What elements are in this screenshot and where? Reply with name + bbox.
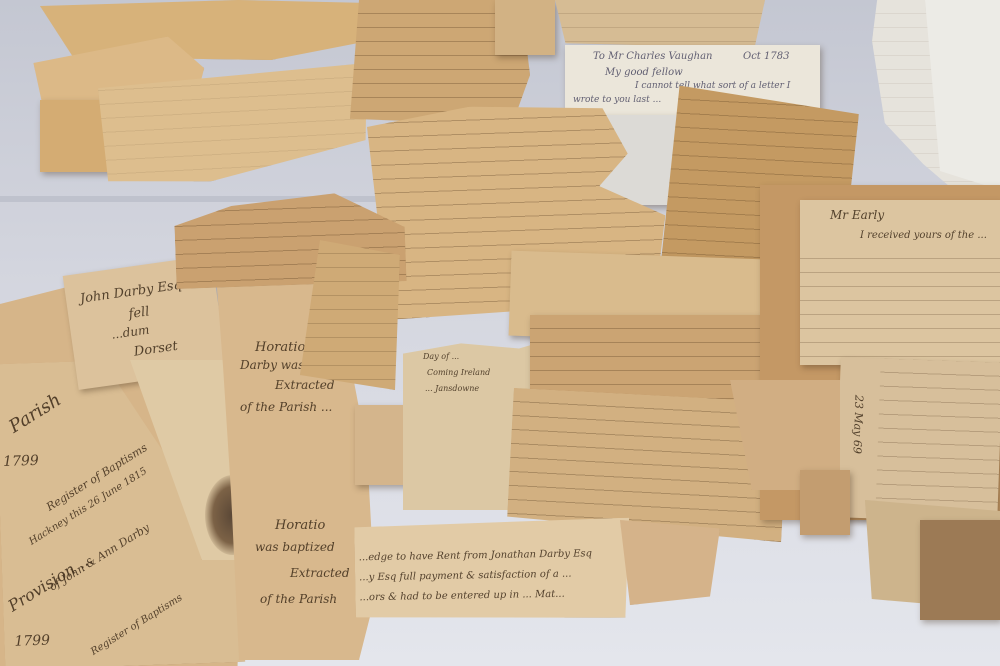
early-salutation: Mr Early — [830, 208, 884, 222]
may-note: 23 May 69 — [835, 357, 1000, 523]
horatio-line-8: of the Parish — [260, 592, 337, 606]
register-line-parish: Parish — [5, 389, 65, 437]
register-line-year: 1799 — [3, 453, 39, 470]
vaughan-heading: To Mr Charles Vaughan — [593, 51, 713, 62]
manuscript-photo: To Mr Charles Vaughan Oct 1783 My good f… — [0, 0, 1000, 666]
horatio-line-4: of the Parish ... — [240, 400, 332, 414]
paper-top-center-2 — [495, 0, 555, 55]
horatio-line-3: Extracted — [275, 378, 335, 392]
day-line-1: Day of ... — [423, 352, 459, 361]
paper-bottom-right-2 — [920, 520, 1000, 620]
address-name: John Darby Esq — [79, 278, 183, 307]
address-line-2: fell — [128, 304, 151, 322]
horatio-line-7: Extracted — [290, 566, 350, 580]
receipt-line-1: ...edge to have Rent from Jonathan Darby… — [359, 548, 592, 563]
address-line-3: ...dum — [110, 323, 150, 342]
horatio-line-6: was baptized — [255, 540, 335, 554]
register-line-year-2: 1799 — [14, 633, 50, 650]
register-line-title-2: Register of Baptisms — [89, 592, 184, 657]
horatio-line-5: Horatio — [275, 518, 325, 533]
day-line-3: ... Jansdowne — [425, 384, 479, 393]
horatio-line-1: Horatio — [255, 340, 305, 355]
paper-small-bottom-right — [800, 470, 850, 535]
vaughan-salutation: My good fellow — [605, 67, 683, 78]
may-date: 23 May 69 — [850, 395, 865, 454]
early-line-1: I received yours of the ... — [860, 230, 987, 241]
paper-top-center-3 — [555, 0, 765, 48]
day-line-2: Coming Ireland — [427, 368, 490, 377]
register-line-names: of John & Ann Darby — [47, 521, 152, 593]
receipt-line-3: ...ors & had to be entered up in ... Mat… — [359, 589, 564, 604]
vaughan-line-2: wrote to you last ... — [573, 95, 661, 105]
address-county: Dorset — [133, 339, 179, 360]
receipt-line-2: ...y Esq full payment & satisfaction of … — [359, 569, 572, 584]
vaughan-date: Oct 1783 — [743, 51, 789, 62]
vaughan-line-1: I cannot tell what sort of a letter I — [635, 81, 790, 91]
letter-mr-early: Mr Early I received yours of the ... — [800, 200, 1000, 365]
paper-top-left-1 — [40, 0, 370, 60]
rent-receipt: ...edge to have Rent from Jonathan Darby… — [354, 518, 631, 623]
paper-receipt-right — [620, 520, 720, 605]
